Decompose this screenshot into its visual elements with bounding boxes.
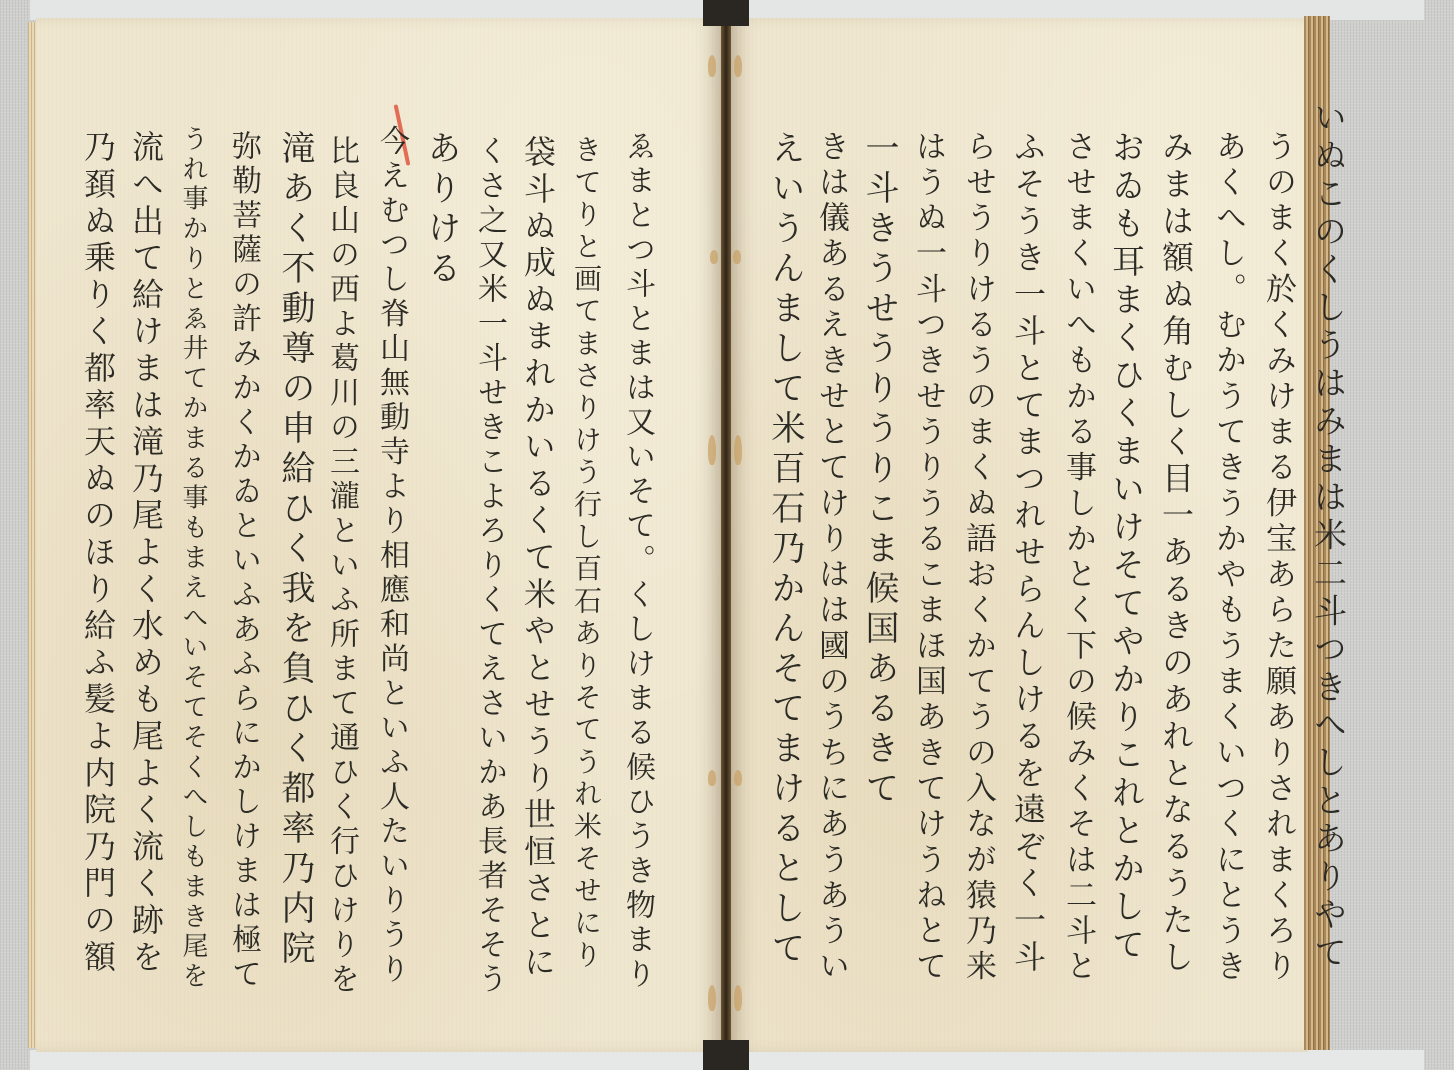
binding-tear bbox=[734, 55, 742, 77]
text-column: 滝あく不動尊の申給ひく我を負ひく都率乃内院 bbox=[278, 130, 312, 970]
spine-clip-top bbox=[703, 0, 749, 26]
binding-tear bbox=[708, 435, 716, 465]
text-column: はうぬ一斗つきせうりうるこまほ国あきてけうねとて bbox=[912, 130, 943, 986]
text-column: うれ事かりとゑ井てかまる事もまえへいそてそくへしもまき尾を bbox=[180, 125, 206, 992]
text-column: みまは額ぬ角むしく目一あるきのあれとなるうたし bbox=[1160, 130, 1192, 976]
binding-tear bbox=[733, 250, 741, 264]
text-column: ふそうき一斗とてまつれせらんしけるを遠ぞく一斗 bbox=[1012, 130, 1044, 976]
text-column: おゐも耳まくひくまいけそてやかりこれとかして bbox=[1110, 130, 1143, 965]
binding-tear bbox=[708, 985, 716, 1011]
text-column: させまくいへもかる事しかとく下の候みくそは二斗と bbox=[1062, 130, 1093, 986]
text-column: いぬこのくしうはみまは米二斗つきへしとありやて bbox=[1312, 100, 1345, 973]
text-column: きてりと画てまさりけう行し百石ありそてうれ米そせにり bbox=[572, 135, 600, 972]
text-column: らせうりけるうのまくぬ語おくかてうの入なが猿乃来 bbox=[962, 130, 993, 986]
text-column: うのまく於くみけまる伊宝あらた願ありされまくろり bbox=[1262, 130, 1293, 986]
text-column: 比良山の西よ葛川の三瀧といふ所まて通ひく行ひけりを bbox=[326, 135, 356, 998]
text-column: ゑまとつ斗とまは又いそて。くしけまる候ひうき物まり bbox=[622, 130, 652, 993]
text-column: 袋斗ぬ成ぬまれかいるくて米やとせうり世恒さとに bbox=[522, 135, 554, 981]
binding-tear bbox=[708, 770, 716, 786]
text-column: きは儀あるえきせとてけりはは國のうちにあうあうい bbox=[815, 130, 846, 986]
text-column: あくへし。むかうてきうかやもうまくいつくにとうき bbox=[1212, 130, 1243, 986]
binding-tear bbox=[708, 55, 716, 77]
text-column: 弥勒菩薩の許みかくかゐといふあふらにかしけまは極て bbox=[228, 130, 258, 993]
text-column: くさ之又米一斗せきこよろりくてえさいかあ長者そそう bbox=[474, 135, 504, 998]
binding-tear bbox=[734, 985, 742, 1011]
binding-tear bbox=[710, 250, 718, 264]
binding-tear bbox=[734, 435, 742, 465]
text-column: 一斗きうせうりうりこま候国あるきて bbox=[862, 130, 896, 810]
binding-tear bbox=[734, 770, 742, 786]
book-gutter bbox=[721, 18, 731, 1052]
text-column: ありける bbox=[424, 130, 458, 290]
text-column: 乃頚ぬ乗りく都率天ぬのほり給ふ髪よ内院乃門の額 bbox=[82, 130, 114, 976]
text-column: 流へ出て給けまは滝乃尾よく水めも尾よく流く跡を bbox=[130, 130, 162, 976]
text-column: えいうんまして米百石乃かんそてまけるとして bbox=[768, 130, 802, 970]
spine-clip-bottom bbox=[703, 1040, 749, 1070]
text-column: 今えむつし脊山無動寺より相應和尚といふ人たいりうり bbox=[376, 125, 406, 988]
